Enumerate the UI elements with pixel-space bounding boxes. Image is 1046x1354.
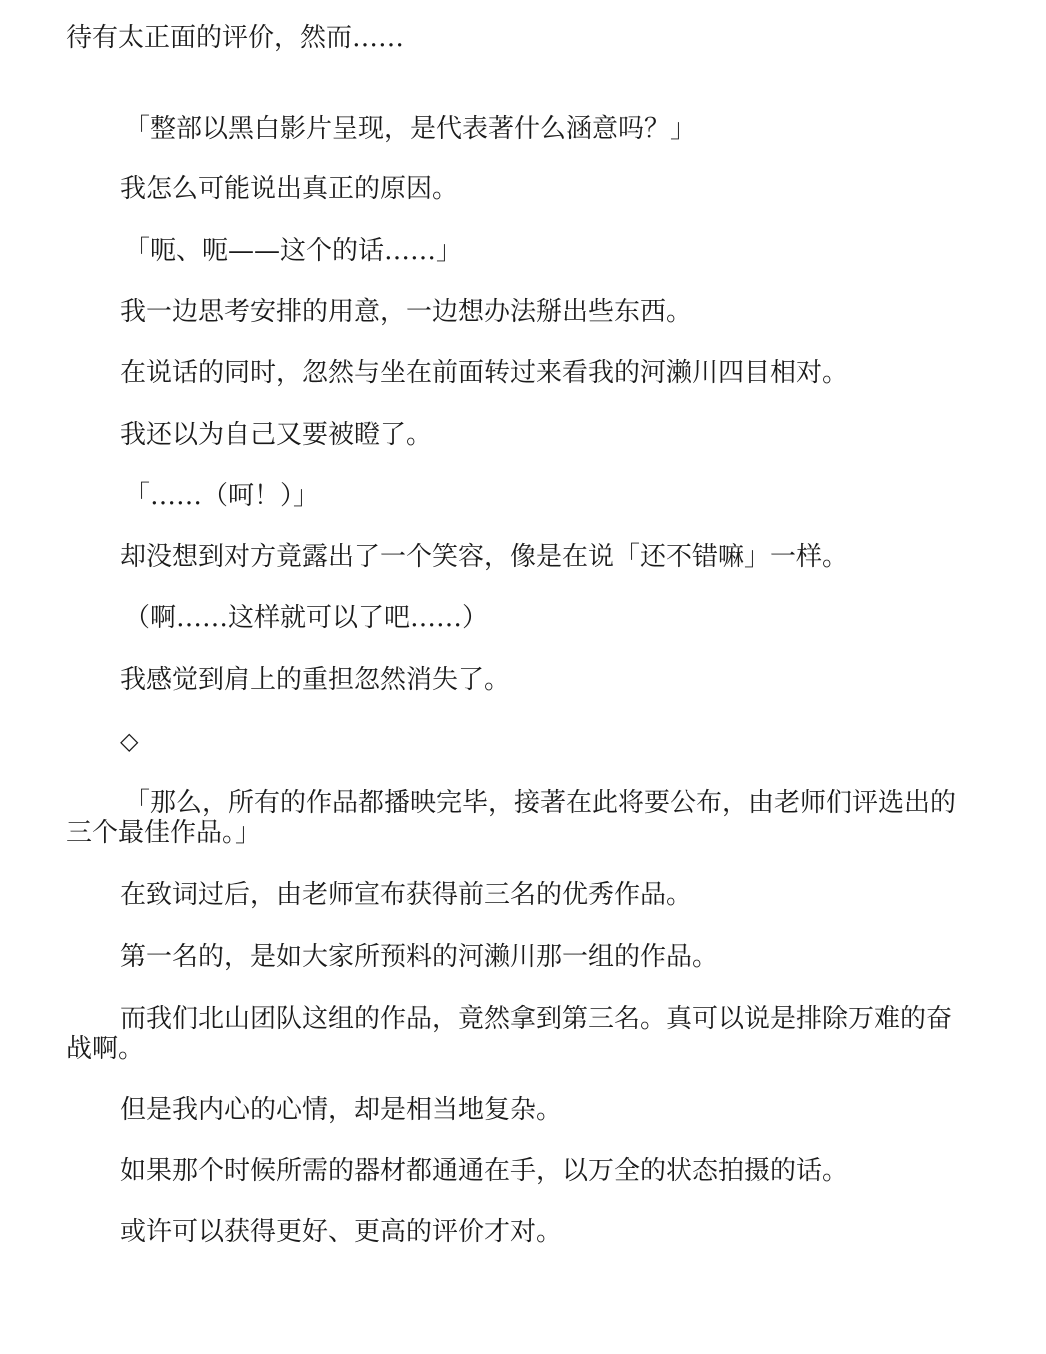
paragraph: 但是我内心的心情，却是相当地复杂。	[120, 1095, 562, 1125]
paragraph: 我一边思考安排的用意，一边想办法掰出些东西。	[120, 297, 692, 327]
paragraph: 却没想到对方竟露出了一个笑容，像是在说「还不错嘛」一样。	[120, 542, 848, 572]
paragraph: 我还以为自己又要被瞪了。	[120, 420, 432, 450]
paragraph: 在致词过后，由老师宣布获得前三名的优秀作品。	[120, 880, 692, 910]
paragraph-dialogue: 「……（呵！）」	[124, 481, 319, 511]
scene-break-diamond-icon: ◇	[120, 726, 138, 756]
paragraph: 或许可以获得更好、更高的评价才对。	[120, 1217, 562, 1247]
paragraph: 如果那个时候所需的器材都通通在手，以万全的状态拍摄的话。	[120, 1156, 848, 1186]
paragraph-dialogue: 「呃、呃——这个的话……」	[124, 236, 462, 266]
paragraph-thought: （啊……这样就可以了吧……）	[124, 603, 488, 633]
paragraph: 在说话的同时，忽然与坐在前面转过来看我的河濑川四目相对。	[120, 358, 848, 388]
paragraph-dialogue: 「整部以黑白影片呈现，是代表著什么涵意吗？」	[124, 114, 696, 144]
paragraph: 第一名的，是如大家所预料的河濑川那一组的作品。	[120, 942, 718, 972]
paragraph-line-2: 战啊。	[66, 1034, 144, 1064]
paragraph: 待有太正面的评价，然而……	[66, 23, 404, 53]
paragraph-dialogue-line-1: 「那么，所有的作品都播映完毕，接著在此将要公布，由老师们评选出的	[124, 788, 956, 818]
paragraph-line-1: 而我们北山团队这组的作品，竟然拿到第三名。真可以说是排除万难的奋	[120, 1004, 952, 1034]
paragraph: 我怎么可能说出真正的原因。	[120, 174, 458, 204]
paragraph-dialogue-line-2: 三个最佳作品。」	[66, 818, 261, 848]
paragraph: 我感觉到肩上的重担忽然消失了。	[120, 665, 510, 695]
